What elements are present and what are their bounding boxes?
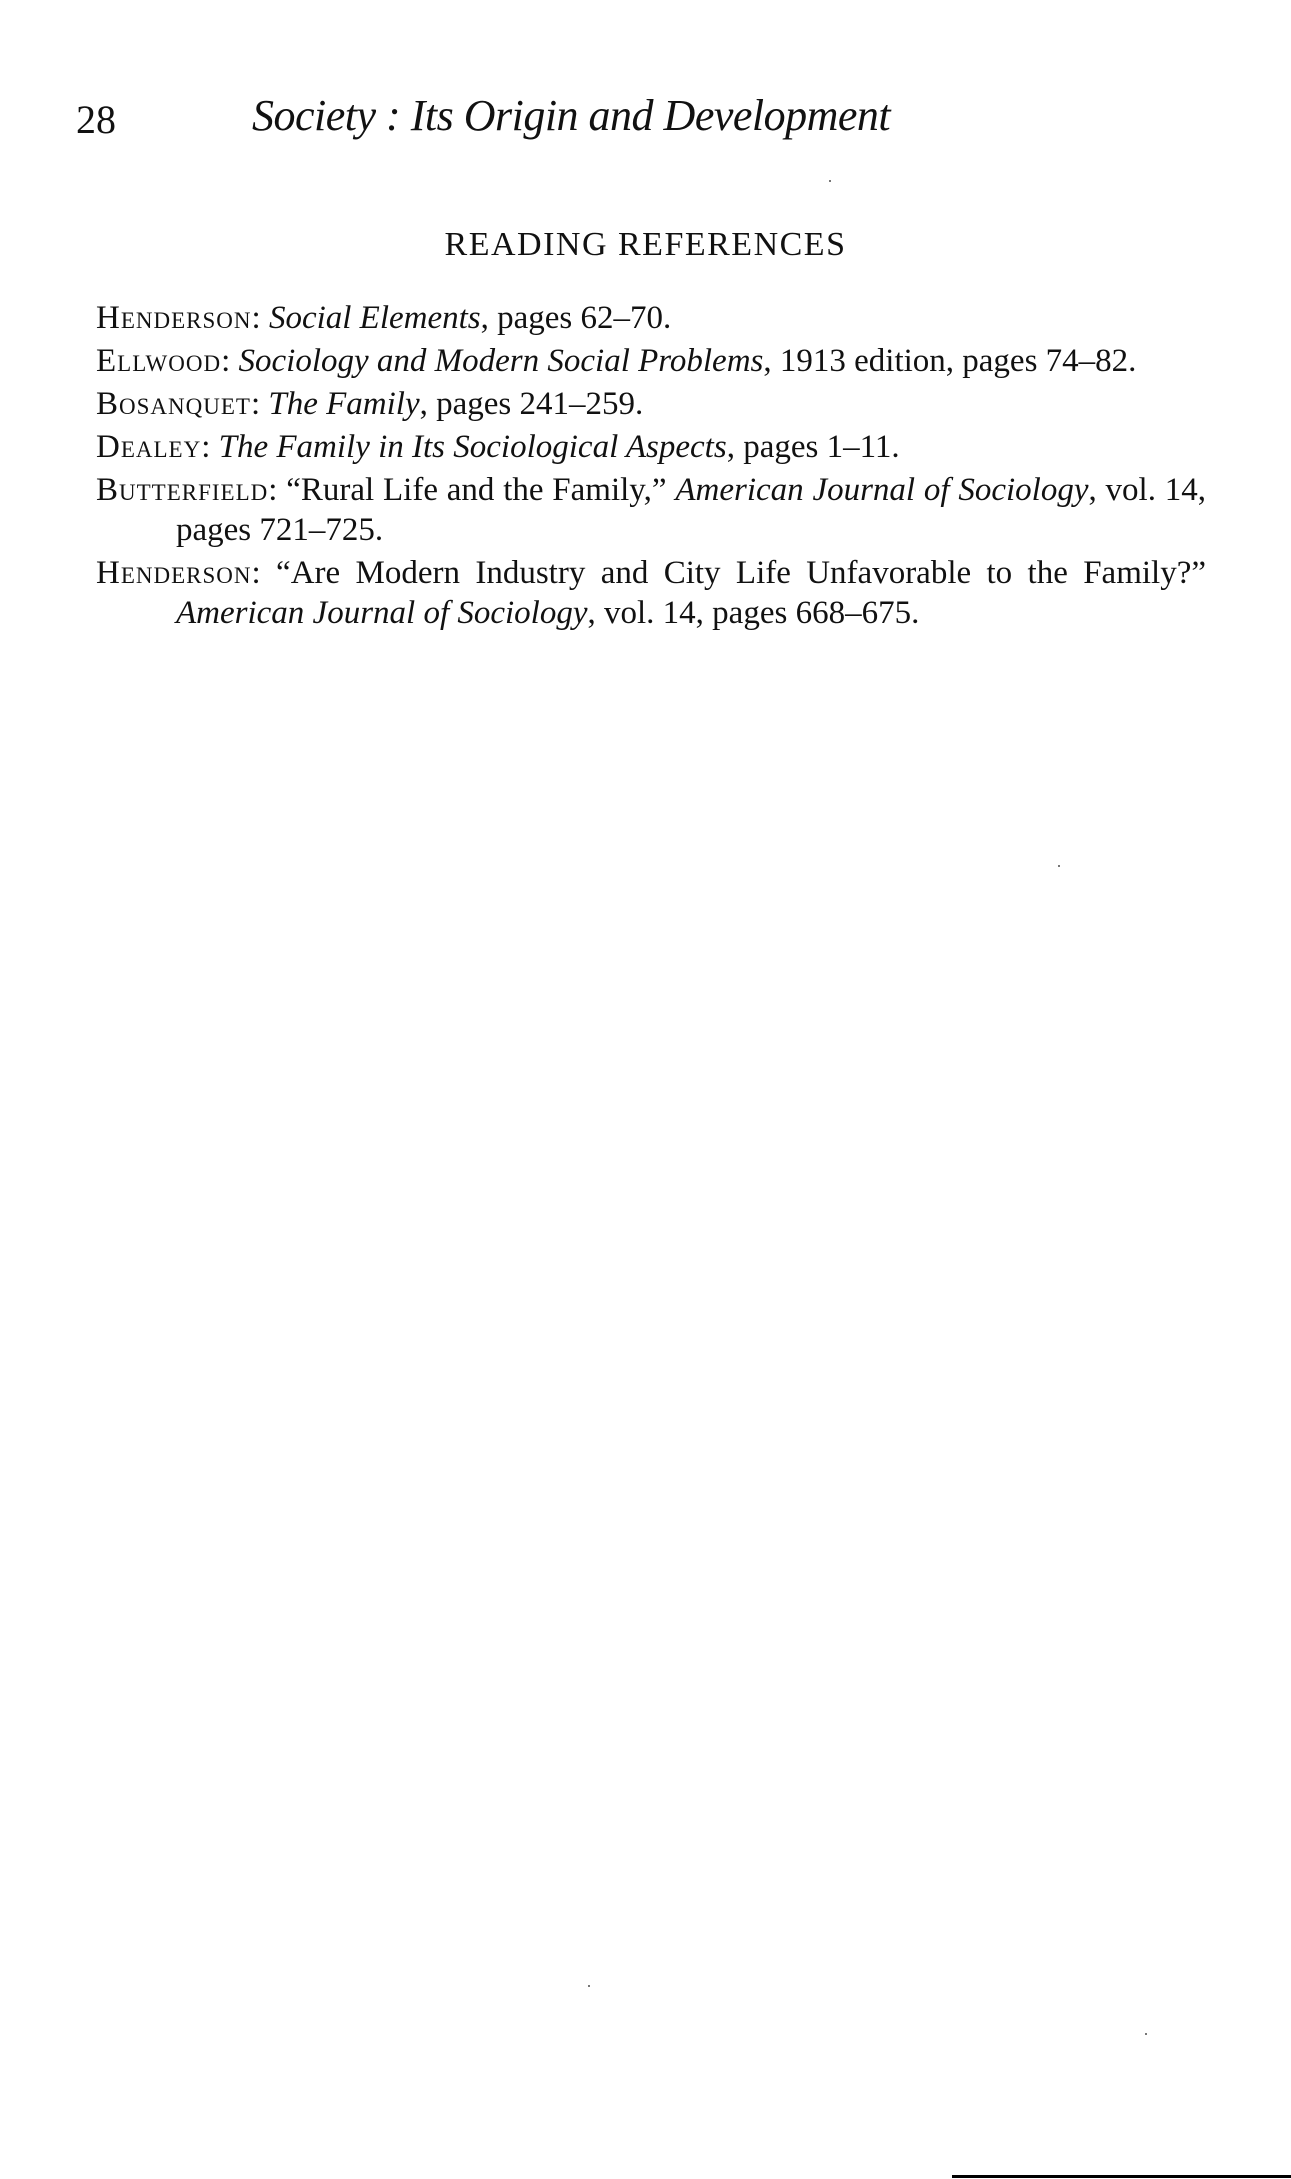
separator: : <box>221 343 238 379</box>
page-number: 28 <box>76 96 116 143</box>
reference-author: Ellwood <box>96 343 221 379</box>
reference-details: , pages 1–11. <box>727 429 900 465</box>
reference-title: Sociology and Modern Social Problems <box>239 343 764 379</box>
reference-title: American Journal of Sociology <box>675 472 1088 508</box>
scan-speck <box>829 180 831 182</box>
reference-author: Butterfield <box>96 472 268 508</box>
reference-item: Henderson: “Are Modern Industry and City… <box>96 553 1206 633</box>
separator: : <box>252 300 269 336</box>
reference-list: Henderson: Social Elements, pages 62–70.… <box>96 298 1206 636</box>
reference-author: Henderson <box>96 555 252 591</box>
separator: : <box>252 555 277 591</box>
scan-speck <box>1145 2033 1147 2035</box>
separator: : <box>268 472 286 508</box>
reference-item: Henderson: Social Elements, pages 62–70. <box>96 298 1206 338</box>
reference-item: Bosanquet: The Family, pages 241–259. <box>96 384 1206 424</box>
reference-item: Ellwood: Sociology and Modern Social Pro… <box>96 341 1206 381</box>
section-heading: READING REFERENCES <box>0 226 1291 264</box>
scan-speck <box>588 1985 590 1987</box>
article-title: “Rural Life and the Family,” <box>286 472 675 508</box>
reference-details: , pages 241–259. <box>420 386 644 422</box>
article-title: “Are Modern Industry and City Life Unfav… <box>276 555 1206 591</box>
reference-author: Bosanquet <box>96 386 251 422</box>
bottom-rule <box>952 2175 1291 2178</box>
reference-details: , vol. 14, pages 668–675. <box>588 595 920 631</box>
reference-title: American Journal of Sociology <box>176 595 588 631</box>
reference-item: Butterfield: “Rural Life and the Family,… <box>96 470 1206 550</box>
reference-author: Henderson <box>96 300 252 336</box>
reference-title: The Family <box>268 386 419 422</box>
reference-author: Dealey <box>96 429 201 465</box>
separator: : <box>201 429 218 465</box>
running-title: Society : Its Origin and Development <box>252 90 890 141</box>
reference-item: Dealey: The Family in Its Sociological A… <box>96 427 1206 467</box>
reference-title: Social Elements <box>269 300 481 336</box>
reference-title: The Family in Its Sociological Aspects <box>219 429 727 465</box>
separator: : <box>251 386 268 422</box>
reference-details: , 1913 edition, pages 74–82. <box>763 343 1136 379</box>
scan-speck <box>1058 865 1060 867</box>
reference-details: , pages 62–70. <box>481 300 672 336</box>
